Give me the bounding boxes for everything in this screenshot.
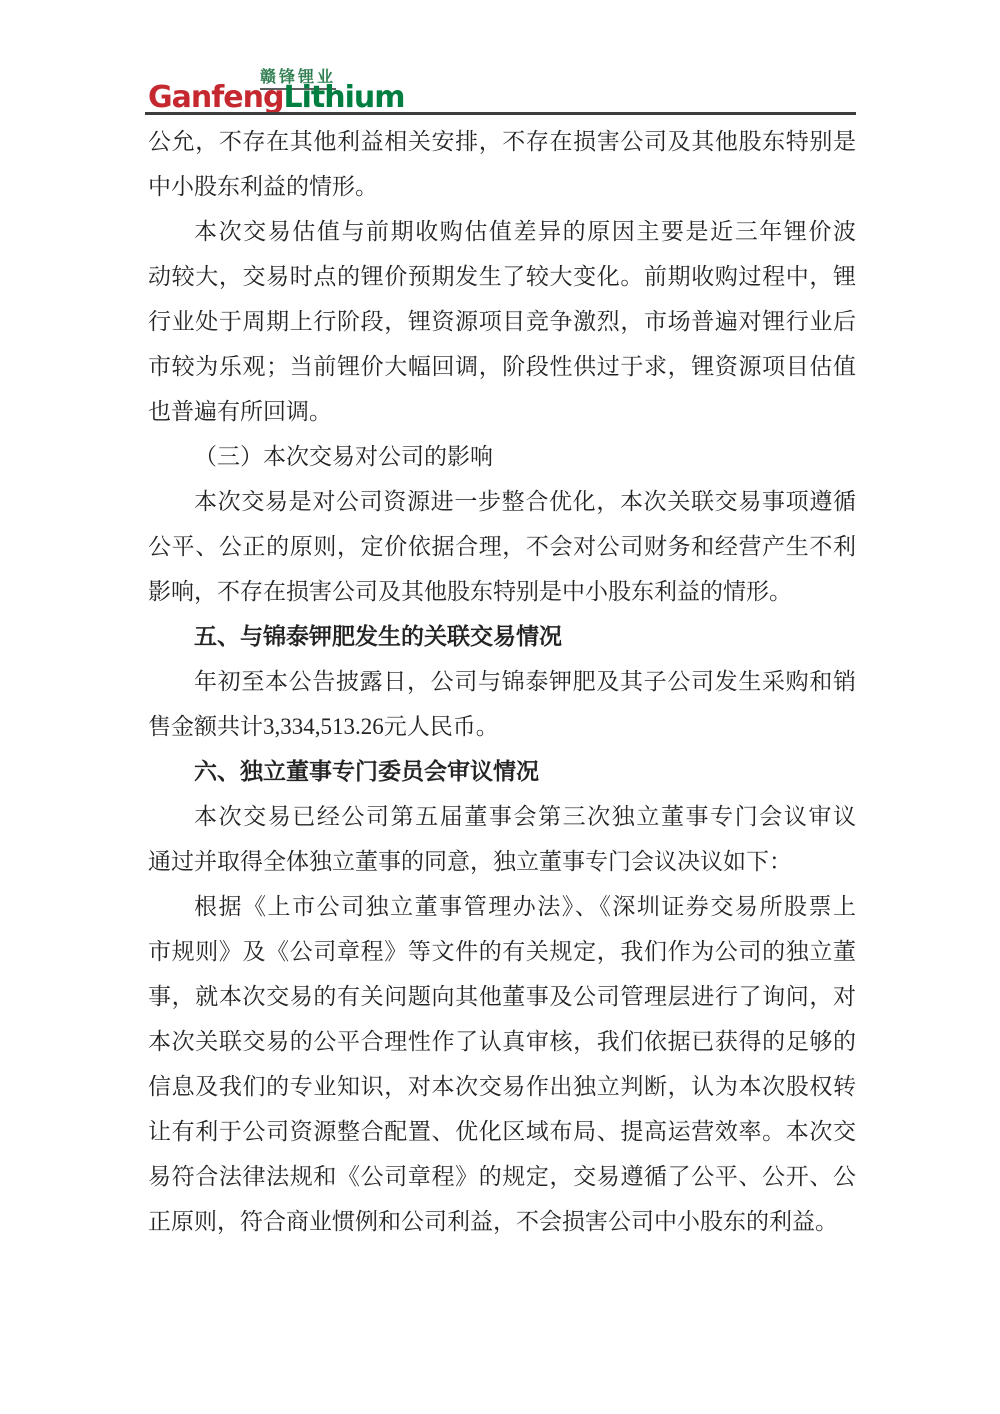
- text-line: 本次交易是对公司资源进一步整合优化，本次关联交易事项遵循: [148, 479, 856, 524]
- text-line: 公允，不存在其他利益相关安排，不存在损害公司及其他股东特别是: [148, 119, 856, 164]
- text-line: 本次关联交易的公平合理性作了认真审核，我们依据已获得的足够的: [148, 1019, 856, 1064]
- text-line: 年初至本公告披露日，公司与锦泰钾肥及其子公司发生采购和销: [148, 659, 856, 704]
- text-line: 市规则》及《公司章程》等文件的有关规定，我们作为公司的独立董: [148, 929, 856, 974]
- header-divider: [145, 112, 856, 115]
- text-line: 也普遍有所回调。: [148, 389, 856, 434]
- logo-lithium-text: Lithium: [283, 80, 404, 115]
- text-line: 中小股东利益的情形。: [148, 164, 856, 209]
- text-line: 本次交易已经公司第五届董事会第三次独立董事专门会议审议: [148, 794, 856, 839]
- company-logo: 赣锋锂业 GanfengLithium: [148, 62, 448, 110]
- text-line: 事，就本次交易的有关问题向其他董事及公司管理层进行了询问，对: [148, 974, 856, 1019]
- text-line: 市较为乐观；当前锂价大幅回调，阶段性供过于求，锂资源项目估值: [148, 344, 856, 389]
- document-page: 赣锋锂业 GanfengLithium 公允，不存在其他利益相关安排，不存在损害…: [0, 0, 1000, 1414]
- subsection-heading: （三）本次交易对公司的影响: [148, 434, 856, 479]
- text-line: 本次交易估值与前期收购估值差异的原因主要是近三年锂价波: [148, 209, 856, 254]
- logo-latin-text: GanfengLithium: [148, 80, 404, 115]
- section-heading: 五、与锦泰钾肥发生的关联交易情况: [148, 614, 856, 659]
- text-line: 行业处于周期上行阶段，锂资源项目竞争激烈，市场普遍对锂行业后: [148, 299, 856, 344]
- text-line: 根据《上市公司独立董事管理办法》、《深圳证券交易所股票上: [148, 884, 856, 929]
- text-line: 易符合法律法规和《公司章程》的规定，交易遵循了公平、公开、公: [148, 1154, 856, 1199]
- text-line: 售金额共计3,334,513.26元人民币。: [148, 704, 856, 749]
- text-line: 正原则，符合商业惯例和公司利益，不会损害公司中小股东的利益。: [148, 1199, 856, 1244]
- text-line: 信息及我们的专业知识，对本次交易作出独立判断，认为本次股权转: [148, 1064, 856, 1109]
- text-line: 影响，不存在损害公司及其他股东特别是中小股东利益的情形。: [148, 569, 856, 614]
- logo-ganfeng-text: Ganfeng: [148, 80, 283, 115]
- text-line: 公平、公正的原则，定价依据合理，不会对公司财务和经营产生不利: [148, 524, 856, 569]
- text-line: 让有利于公司资源整合配置、优化区域布局、提高运营效率。本次交: [148, 1109, 856, 1154]
- document-body: 公允，不存在其他利益相关安排，不存在损害公司及其他股东特别是 中小股东利益的情形…: [148, 119, 856, 1244]
- text-line: 通过并取得全体独立董事的同意，独立董事专门会议决议如下：: [148, 839, 856, 884]
- text-line: 动较大，交易时点的锂价预期发生了较大变化。前期收购过程中，锂: [148, 254, 856, 299]
- section-heading: 六、独立董事专门委员会审议情况: [148, 749, 856, 794]
